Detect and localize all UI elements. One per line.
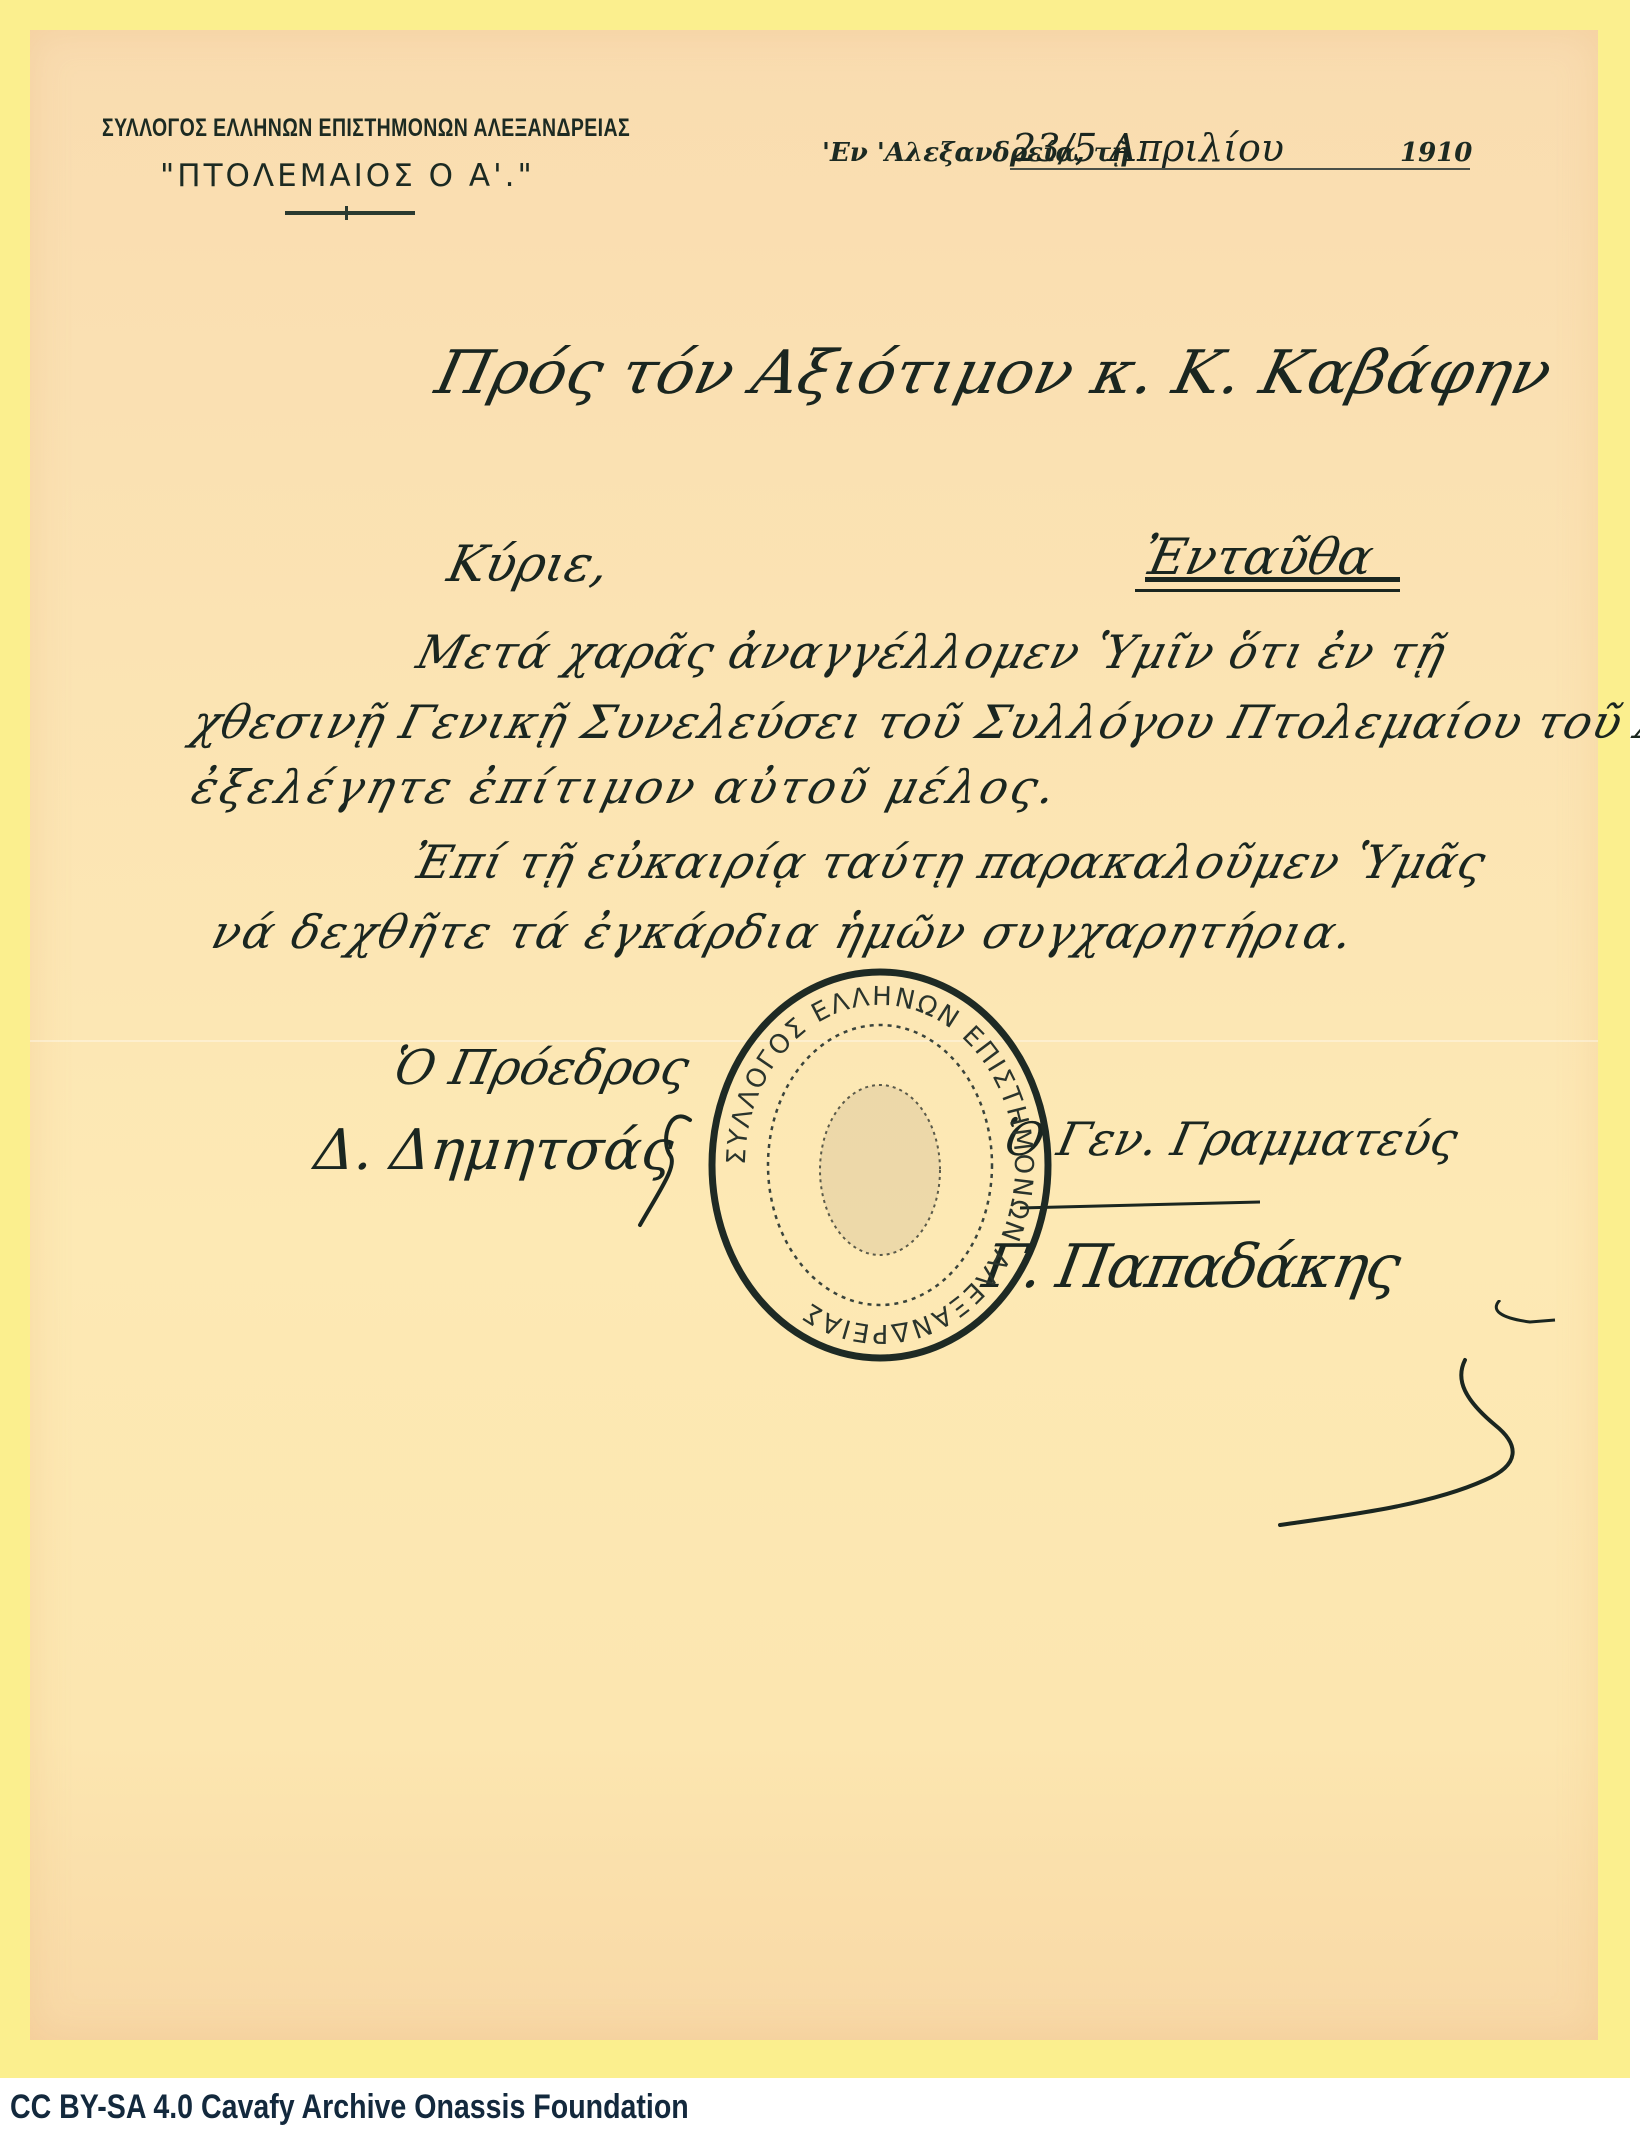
society-seal-stamp-icon: ΣΥΛΛΟΓΟΣ ΕΛΛΗΝΩΝ ΕΠΙΣΤΗΜΟΝΩΝ ΑΛΕΞΑΝΔΡΕΙΑ… — [705, 965, 1055, 1365]
dateline-rule — [1010, 168, 1470, 170]
signature-flourish-icon — [1200, 1300, 1560, 1540]
letterhead-ornament-rule — [285, 211, 415, 215]
dateline-year: 1910 — [1400, 138, 1472, 168]
dateline-handwritten-date: 23/5 Απριλίου — [1012, 126, 1284, 170]
letterhead-subtitle: "ΠΤΟΛΕΜΑΙΟΣ Ο Α'." — [160, 158, 535, 194]
signature-loop-icon — [600, 1100, 720, 1230]
secretary-signature-stroke — [1020, 1200, 1260, 1210]
secretary-title: Ὁ Γεν. Γραμματεύς — [999, 1112, 1463, 1166]
body-line: νά δεχθῆτε τά ἐγκάρδια ἡμῶν συγχαρητήρια… — [207, 905, 1361, 959]
location-underline-second — [1135, 589, 1400, 592]
body-line: χθεσινῇ Γενικῇ Συνελεύσει τοῦ Συλλόγου Π… — [187, 695, 1640, 749]
letterhead-organization: ΣΥΛΛΟΓΟΣ ΕΛΛΗΝΩΝ ΕΠΙΣΤΗΜΟΝΩΝ ΑΛΕΞΑΝΔΡΕΙΑ… — [102, 114, 630, 143]
salutation: Κύριε, — [443, 535, 615, 593]
president-title: Ὁ Πρόεδρος — [388, 1040, 694, 1096]
body-line: Μετά χαρᾶς ἀναγγέλλομεν Ὑμῖν ὅτι ἐν τῇ — [412, 625, 1452, 679]
body-line: ἐξελέγητε ἐπίτιμον αὐτοῦ μέλος. — [187, 760, 1065, 814]
location-underline — [1145, 577, 1400, 582]
license-caption: CC BY-SA 4.0 Cavafy Archive Onassis Foun… — [10, 2088, 689, 2127]
body-line: Ἐπί τῇ εὐκαιρίᾳ ταύτῃ παρακαλοῦμεν Ὑμᾶς — [407, 835, 1492, 889]
addressee-line: Πρός τόν Αξιότιμον κ. Κ. Καβάφην — [429, 338, 1558, 408]
